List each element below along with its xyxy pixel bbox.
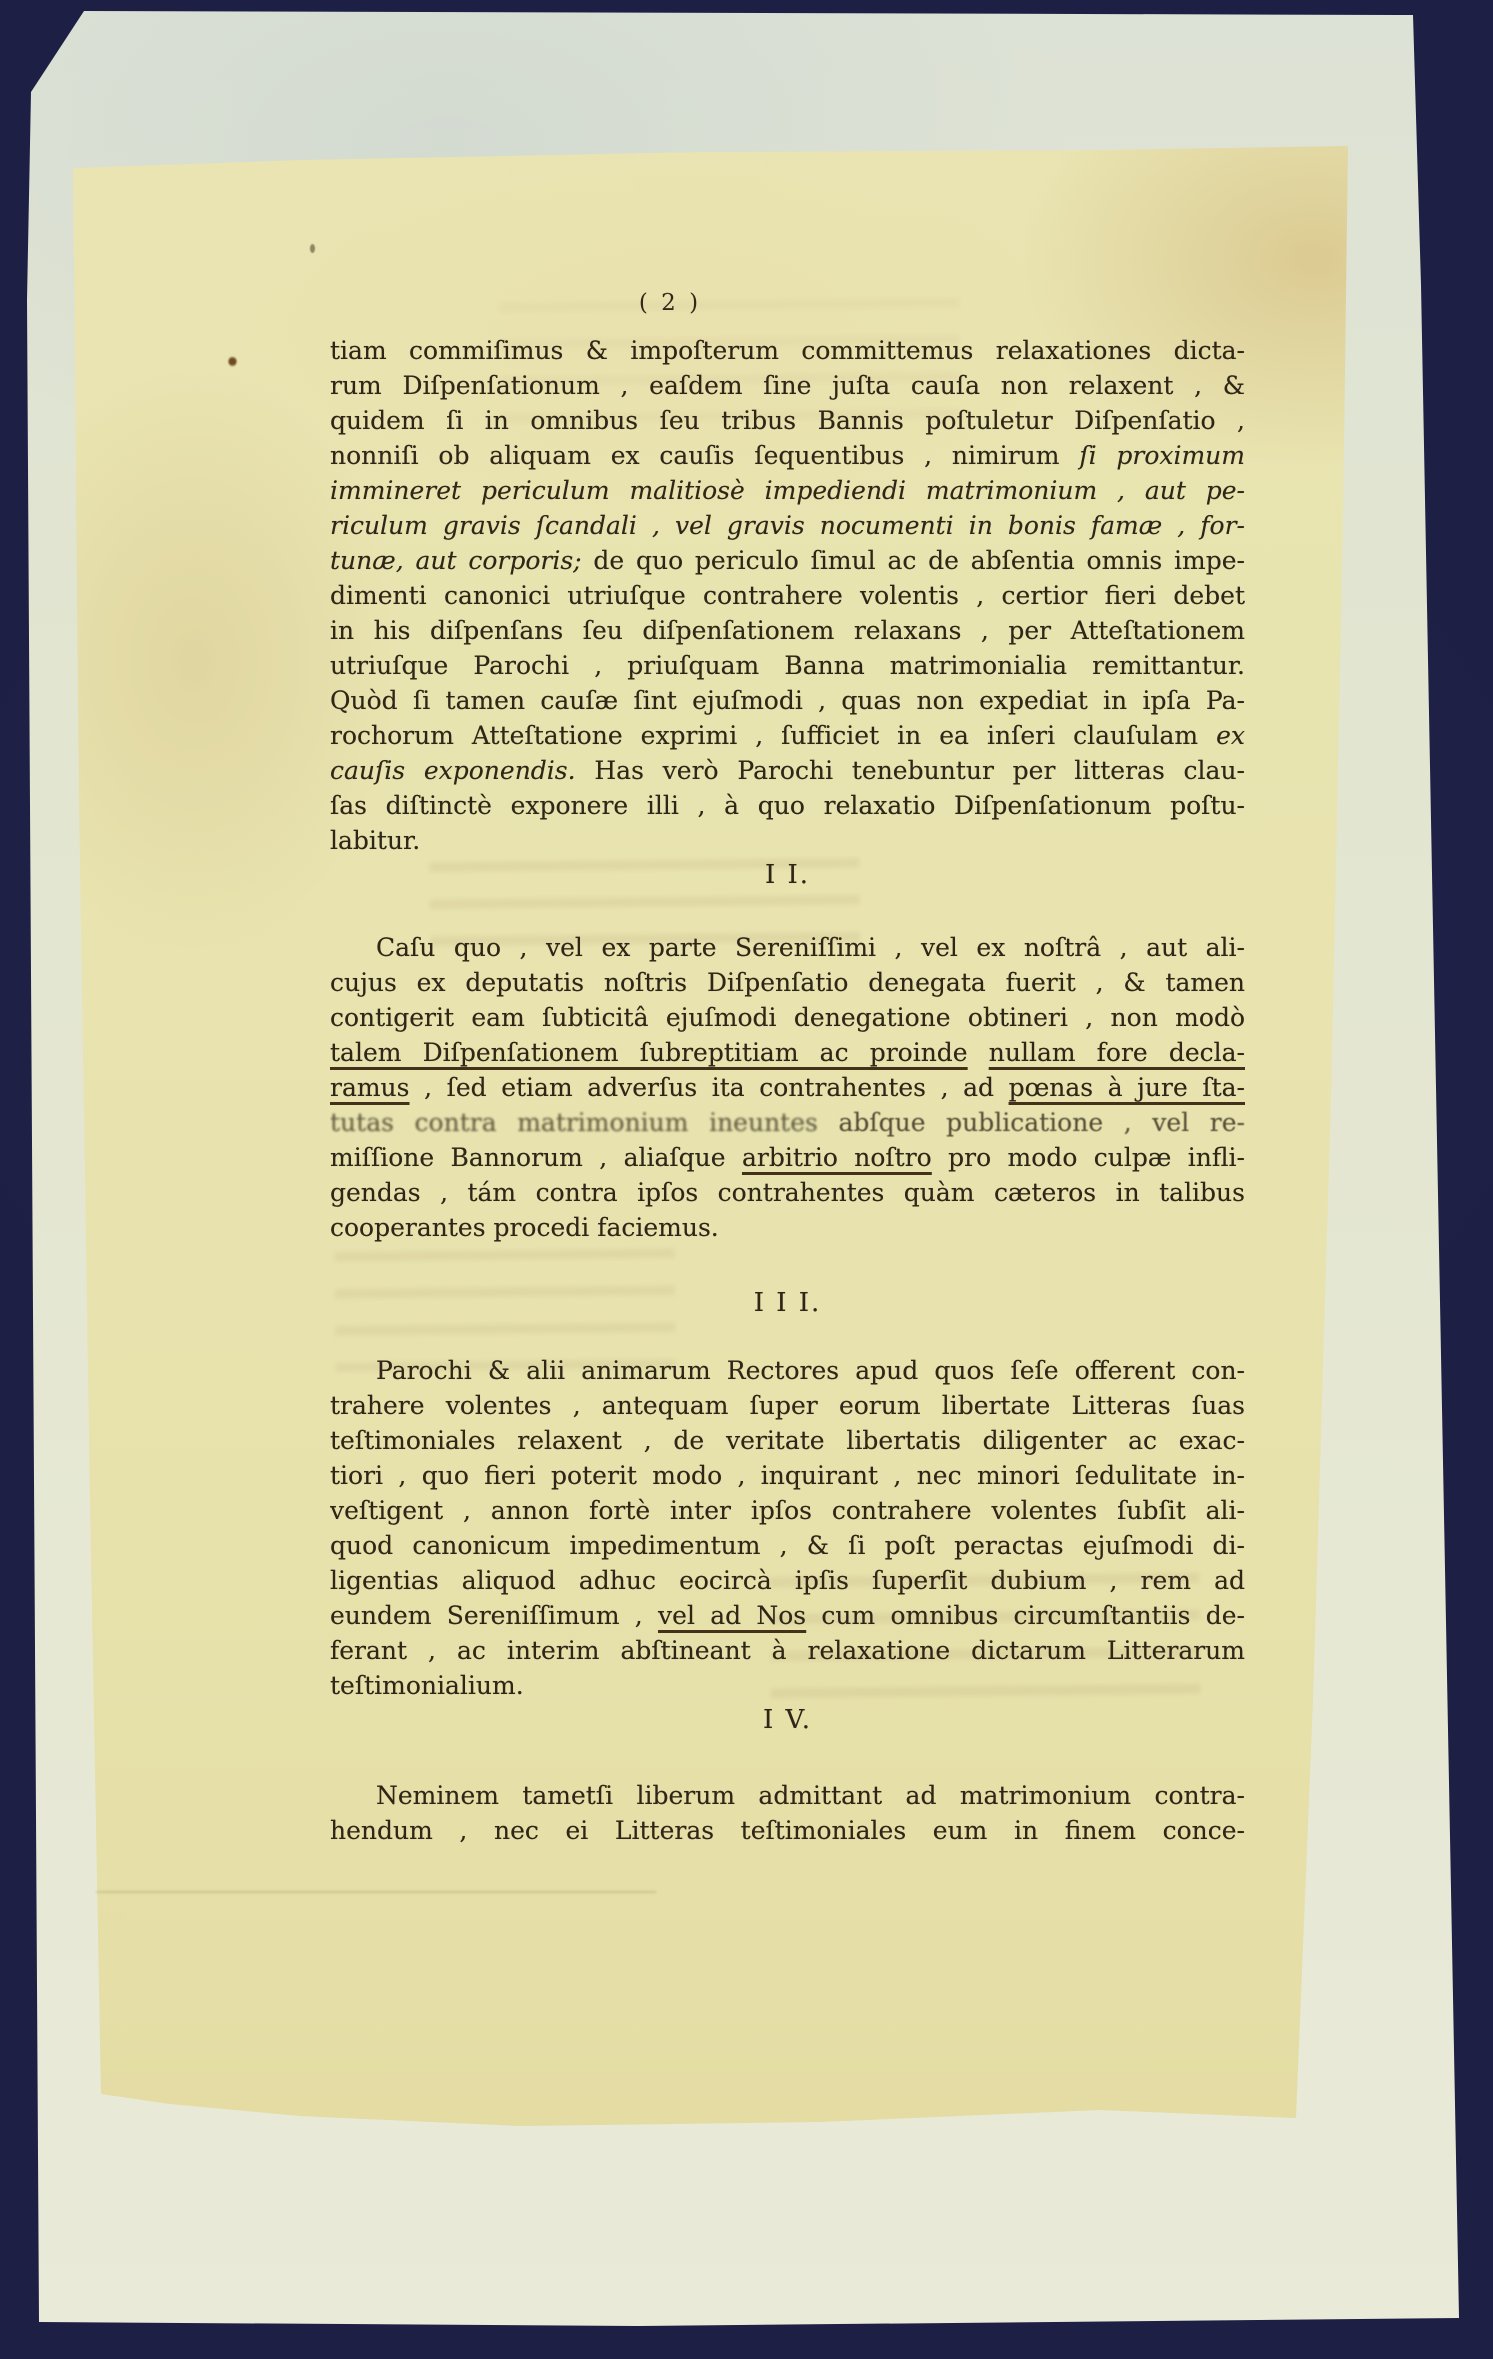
text-segment: nonniſi ob aliquam ex cauſis ſequentibus… bbox=[330, 441, 1079, 470]
text-segment: pœnas à jure ſta- bbox=[1009, 1073, 1245, 1102]
ink-stain-spot bbox=[228, 356, 237, 367]
text-segment: teſtimoniales relaxent , de veritate lib… bbox=[330, 1426, 1245, 1455]
text-segment: tutas contra matrimonium ineuntes bbox=[330, 1108, 818, 1137]
text-segment: in his diſpenſans ſeu diſpenſationem rel… bbox=[330, 616, 1245, 645]
text-line: miſſione Bannorum , aliaſque arbitrio no… bbox=[330, 1140, 1245, 1175]
text-line: veſtigent , annon fortè inter ipſos cont… bbox=[330, 1493, 1245, 1528]
text-segment: ferant , ac interim abſtineant à relaxat… bbox=[330, 1636, 1245, 1665]
text-line: tiori , quo fieri poterit modo , inquira… bbox=[330, 1458, 1245, 1493]
text-segment: tunæ, aut corporis; bbox=[330, 546, 582, 575]
sheet-edge-shadow bbox=[96, 1891, 656, 1893]
text-line: immineret periculum malitiosè impediendi… bbox=[330, 473, 1245, 508]
text-line: Neminem tametſi liberum admittant ad mat… bbox=[330, 1778, 1245, 1813]
text-line: quidem ſi in omnibus ſeu tribus Bannis p… bbox=[330, 403, 1245, 438]
text-segment: gendas , tám contra ipſos contrahentes q… bbox=[330, 1178, 1245, 1207]
ink-stain-spot bbox=[310, 244, 315, 253]
text-line: ferant , ac interim abſtineant à relaxat… bbox=[330, 1633, 1245, 1668]
text-segment: Caſu quo , vel ex parte Sereniſſimi , ve… bbox=[376, 933, 1245, 962]
text-line: tunæ, aut corporis; de quo periculo ſimu… bbox=[330, 543, 1245, 578]
text-segment: dimenti canonici utriuſque contrahere vo… bbox=[330, 581, 1245, 610]
text-segment: quod canonicum impedimentum , & ſi poſt … bbox=[330, 1531, 1245, 1560]
text-segment: abſque publicatione , vel re- bbox=[818, 1108, 1245, 1137]
text-segment: nullam fore decla- bbox=[989, 1038, 1245, 1067]
text-segment: pro modo culpæ infli- bbox=[932, 1143, 1245, 1172]
text-segment: immineret periculum malitiosè impediendi… bbox=[330, 476, 1245, 505]
text-segment: de quo periculo ſimul ac de abſentia omn… bbox=[582, 546, 1245, 575]
text-segment: utriuſque Parochi , priuſquam Banna matr… bbox=[330, 651, 1245, 680]
text-segment: , ſed etiam adverſus ita contrahentes , … bbox=[410, 1073, 1009, 1102]
text-segment: quidem ſi in omnibus ſeu tribus Bannis p… bbox=[330, 406, 1245, 435]
text-segment: ligentias aliquod adhuc eocircà ipſis ſu… bbox=[330, 1566, 1245, 1595]
text-line: teſtimoniales relaxent , de veritate lib… bbox=[330, 1423, 1245, 1458]
text-line: gendas , tám contra ipſos contrahentes q… bbox=[330, 1175, 1245, 1210]
text-segment: arbitrio noſtro bbox=[742, 1143, 932, 1172]
text-segment: ſi proximum bbox=[1079, 441, 1245, 470]
text-segment: Neminem tametſi liberum admittant ad mat… bbox=[376, 1781, 1245, 1810]
section-heading: I I. bbox=[330, 858, 1245, 893]
text-line: talem Diſpenſationem ſubreptitiam ac pro… bbox=[330, 1035, 1245, 1070]
text-line: tutas contra matrimonium ineuntes abſque… bbox=[330, 1105, 1245, 1140]
text-segment: vel ad Nos bbox=[658, 1601, 806, 1630]
text-segment: Has verò Parochi tenebuntur per litteras… bbox=[576, 756, 1245, 785]
text-segment: ex bbox=[1216, 721, 1245, 750]
text-line: teſtimonialium. bbox=[330, 1668, 1245, 1703]
text-line: utriuſque Parochi , priuſquam Banna matr… bbox=[330, 648, 1245, 683]
text-segment: riculum gravis ſcandali , vel gravis noc… bbox=[330, 511, 1245, 540]
text-segment: rochorum Atteſtatione exprimi , ſufficie… bbox=[330, 721, 1216, 750]
text-segment: trahere volentes , antequam ſuper eorum … bbox=[330, 1391, 1245, 1420]
section-heading: I I I. bbox=[330, 1286, 1245, 1321]
text-line: cooperantes procedi faciemus. bbox=[330, 1210, 1245, 1245]
text-segment: ramus bbox=[330, 1073, 410, 1102]
text-segment: Parochi & alii animarum Rectores apud qu… bbox=[376, 1356, 1245, 1385]
text-segment: cujus ex deputatis noſtris Diſpenſatio d… bbox=[330, 968, 1245, 997]
text-segment: tiori , quo fieri poterit modo , inquira… bbox=[330, 1461, 1245, 1490]
section-heading: I V. bbox=[330, 1703, 1245, 1738]
text-segment bbox=[968, 1038, 989, 1067]
text-segment: cooperantes procedi faciemus. bbox=[330, 1213, 719, 1242]
text-line: hendum , nec ei Litteras teſtimoniales e… bbox=[330, 1813, 1245, 1848]
text-line: quod canonicum impedimentum , & ſi poſt … bbox=[330, 1528, 1245, 1563]
text-line: trahere volentes , antequam ſuper eorum … bbox=[330, 1388, 1245, 1423]
text-column: tiam commiſimus & impoſterum committemus… bbox=[330, 333, 1245, 1848]
text-line: ramus , ſed etiam adverſus ita contrahen… bbox=[330, 1070, 1245, 1105]
page-number: ( 2 ) bbox=[600, 290, 740, 324]
text-segment: contigerit eam ſubticitâ ejuſmodi denega… bbox=[330, 1003, 1245, 1032]
photo-background: ( 2 ) tiam commiſimus & impoſterum commi… bbox=[0, 0, 1493, 2359]
text-segment: talem Diſpenſationem ſubreptitiam ac pro… bbox=[330, 1038, 968, 1067]
text-segment: labitur. bbox=[330, 826, 420, 855]
text-line: riculum gravis ſcandali , vel gravis noc… bbox=[330, 508, 1245, 543]
text-segment: tiam commiſimus & impoſterum committemus… bbox=[330, 336, 1245, 365]
text-line: dimenti canonici utriuſque contrahere vo… bbox=[330, 578, 1245, 613]
text-line: ſas diſtinctè exponere illi , à quo rela… bbox=[330, 788, 1245, 823]
text-segment: miſſione Bannorum , aliaſque bbox=[330, 1143, 742, 1172]
text-line: cujus ex deputatis noſtris Diſpenſatio d… bbox=[330, 965, 1245, 1000]
text-line: Caſu quo , vel ex parte Sereniſſimi , ve… bbox=[330, 930, 1245, 965]
text-line: in his diſpenſans ſeu diſpenſationem rel… bbox=[330, 613, 1245, 648]
text-segment: rum Diſpenſationum , eaſdem ſine juſta c… bbox=[330, 371, 1245, 400]
text-line: Parochi & alii animarum Rectores apud qu… bbox=[330, 1353, 1245, 1388]
text-line: labitur. bbox=[330, 823, 1245, 858]
text-line: tiam commiſimus & impoſterum committemus… bbox=[330, 333, 1245, 368]
text-segment: eundem Sereniſſimum , bbox=[330, 1601, 658, 1630]
text-segment: cum omnibus circumſtantiis de- bbox=[806, 1601, 1245, 1630]
text-line: eundem Sereniſſimum , vel ad Nos cum omn… bbox=[330, 1598, 1245, 1633]
text-line: nonniſi ob aliquam ex cauſis ſequentibus… bbox=[330, 438, 1245, 473]
text-segment: cauſis exponendis. bbox=[330, 756, 576, 785]
text-line: Quòd ſi tamen cauſæ ſint ejuſmodi , quas… bbox=[330, 683, 1245, 718]
text-line: cauſis exponendis. Has verò Parochi tene… bbox=[330, 753, 1245, 788]
text-segment: Quòd ſi tamen cauſæ ſint ejuſmodi , quas… bbox=[330, 686, 1245, 715]
text-line: contigerit eam ſubticitâ ejuſmodi denega… bbox=[330, 1000, 1245, 1035]
text-line: rochorum Atteſtatione exprimi , ſufficie… bbox=[330, 718, 1245, 753]
text-segment: teſtimonialium. bbox=[330, 1671, 524, 1700]
text-line: rum Diſpenſationum , eaſdem ſine juſta c… bbox=[330, 368, 1245, 403]
text-segment: veſtigent , annon fortè inter ipſos cont… bbox=[330, 1496, 1245, 1525]
text-line: ligentias aliquod adhuc eocircà ipſis ſu… bbox=[330, 1563, 1245, 1598]
text-segment: hendum , nec ei Litteras teſtimoniales e… bbox=[330, 1816, 1245, 1845]
text-segment: ſas diſtinctè exponere illi , à quo rela… bbox=[330, 791, 1245, 820]
